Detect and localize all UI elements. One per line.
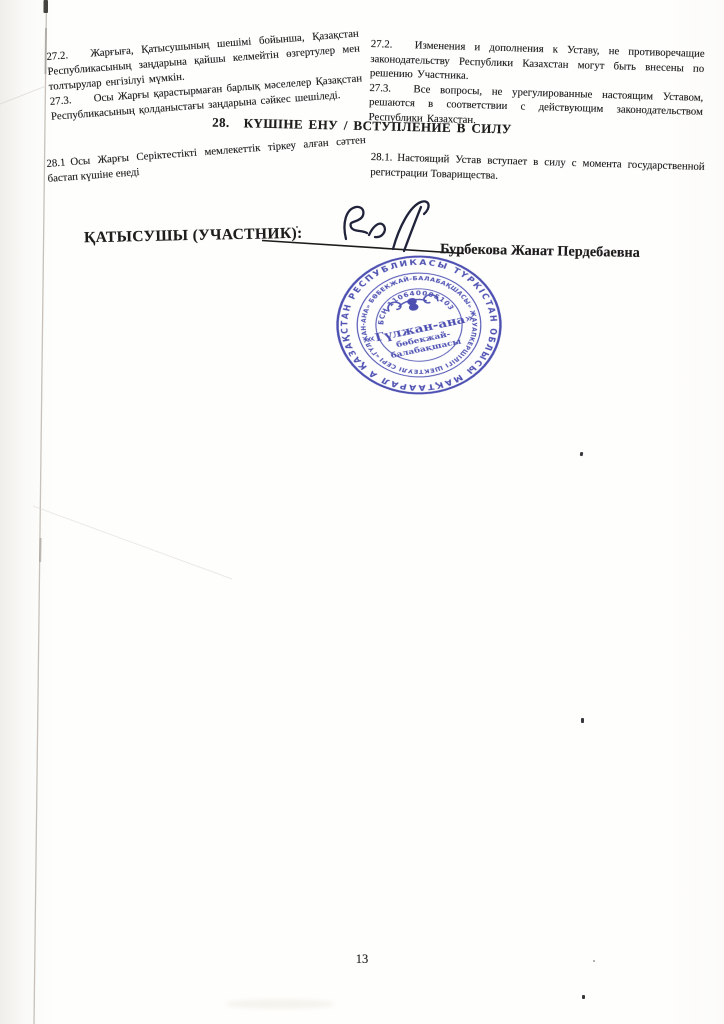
- signature-line: [0, 0, 724, 1024]
- scanned-document-page: 27.2.Жарғыға, Қатысушының шешімі бойынша…: [0, 0, 724, 1024]
